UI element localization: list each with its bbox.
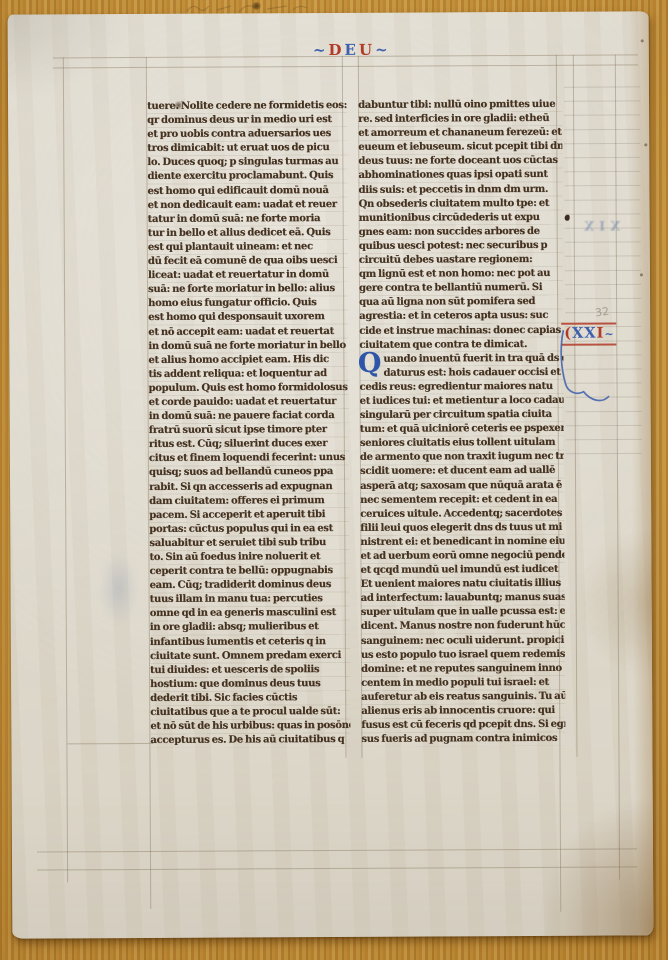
title-flourish-right: ~ bbox=[375, 41, 391, 59]
text-line: to. Sin aū foedus inire noluerit et bbox=[149, 550, 349, 565]
text-line: tur in bello et alius dedicet eā. Quis bbox=[148, 226, 348, 241]
text-line: uando inuentū fuerit in tra quā ds do bbox=[359, 351, 563, 366]
text-line: munitionibus circūdederis ut expu bbox=[359, 211, 563, 226]
ruling-line-horizontal bbox=[53, 64, 638, 68]
text-line: tuus illam in manu tua: percuties bbox=[150, 592, 350, 607]
text-line: cide et instrue machinas: donec capias bbox=[359, 323, 563, 338]
text-line: ritus est. Cūq; siluerint duces exer bbox=[149, 437, 349, 452]
text-line: nistrent ei: et benedicant in nomine eiu… bbox=[360, 535, 564, 550]
text-line: et qcqd mundū uel imundū est iudicet bbox=[360, 563, 564, 578]
ink-speck bbox=[565, 215, 570, 221]
text-line: qua aū ligna non sūt pomifera sed bbox=[359, 295, 563, 310]
text-line: portas: cūctus populus qui in ea est bbox=[149, 522, 349, 537]
text-line: est homo qui desponsauit uxorem bbox=[148, 310, 348, 325]
text-line: gnes eam: non succides arbores de bbox=[359, 225, 563, 240]
text-line: sanguinem: nec oculi uiderunt. propici bbox=[361, 633, 565, 648]
text-line: scidit uomere: et ducent eam ad uallē bbox=[360, 464, 564, 479]
text-line: auferetur ab eis reatus sanguinis. Tu aū bbox=[361, 690, 565, 705]
text-line: diente exercitu proclamabunt. Quis bbox=[147, 169, 347, 184]
pencil-annotation: 32 bbox=[594, 305, 610, 320]
running-title: ~DEU~ bbox=[294, 41, 410, 66]
text-line: ceruices uitule. Accedentq; sacerdotes bbox=[360, 506, 564, 521]
text-line: ciuitatibus que a te procul ualde sūt: bbox=[150, 705, 350, 720]
text-line: eam. Cūq; tradiderit dominus deus bbox=[150, 578, 350, 593]
text-line: homo eius fungatur officio. Quis bbox=[148, 296, 348, 311]
text-line: dicent. Manus nostre non fuderunt hūc bbox=[361, 619, 565, 634]
text-line: ciuitatem que contra te dimicat. bbox=[359, 337, 563, 352]
drop-cap-initial: Q bbox=[356, 350, 382, 378]
text-line: sus fueris ad pugnam contra inimicos bbox=[361, 732, 565, 747]
text-line: gere contra te bellantiū numerū. Si bbox=[359, 281, 563, 296]
text-line: ceperit contra te bellū: oppugnabis bbox=[149, 564, 349, 579]
text-line: et non dedicauit eam: uadat et reuer bbox=[148, 198, 348, 213]
text-line: tui diuides: et uesceris de spoliis bbox=[150, 663, 350, 678]
text-line: est homo qui edificauit domū nouā bbox=[147, 183, 347, 198]
left-margin-showthrough-smudge bbox=[92, 540, 145, 638]
text-line: agrestia: et in ceteros apta usus: suc bbox=[359, 309, 563, 324]
text-line: tatur in domū suā: ne forte moria bbox=[148, 212, 348, 227]
text-line: et pro uobis contra aduersarios ues bbox=[147, 127, 347, 142]
text-line: in ore gladii: absq; mulieribus et bbox=[150, 620, 350, 635]
text-line: daturus est: hois cadauer occisi et igno… bbox=[359, 366, 563, 381]
edge-speck bbox=[640, 273, 643, 276]
text-line: qm lignū est et non homo: nec pot au bbox=[359, 267, 563, 282]
title-letter-d: D bbox=[328, 41, 344, 59]
blue-paraph-descender-icon bbox=[556, 328, 616, 414]
text-line: ciuitate sunt. Omnem predam exerci bbox=[150, 649, 350, 664]
ruling-line-horizontal bbox=[37, 848, 637, 852]
text-line: infantibus iumentis et ceteris q in bbox=[150, 634, 350, 649]
text-line: quisq; suos ad bellandū cuneos ppa bbox=[149, 465, 349, 480]
text-line: tros dimicabit: ut eruat uos de picu bbox=[147, 141, 347, 156]
text-line: est qui plantauit uineam: et nec bbox=[148, 240, 348, 255]
text-line: dabuntur tibi: nullū oino pmittes uiue bbox=[358, 98, 562, 113]
text-line: tum: et quā uiciniorē ceteris ee pspexer… bbox=[360, 422, 564, 437]
text-line: seniores ciuitatis eius tollent uitulam bbox=[360, 436, 564, 451]
text-line: singularū per circuitum spatia ciuita bbox=[360, 408, 564, 423]
ruling-line-horizontal bbox=[37, 866, 637, 870]
text-line: qr dominus deus ur in medio uri est bbox=[147, 113, 347, 128]
text-column-right: dabuntur tibi: nullū oino pmittes uiuere… bbox=[358, 98, 565, 747]
text-line: cedis reus: egredientur maiores natu bbox=[360, 380, 564, 395]
text-line: et nō accepit eam: uadat et reuertat bbox=[148, 324, 348, 339]
wood-knot bbox=[252, 2, 261, 10]
edge-speck bbox=[641, 39, 644, 42]
text-line: ad interfectum: lauabuntq; manus suas bbox=[361, 591, 565, 606]
text-line: et alius homo accipiet eam. His dic bbox=[148, 353, 348, 368]
text-line: diis suis: et peccetis in dnm dm urm. bbox=[358, 182, 562, 197]
text-line: Et uenient maiores natu ciuitatis illius bbox=[361, 577, 565, 592]
text-line: liceat: uadat et reuertatur in domū bbox=[148, 268, 348, 283]
text-line: nec sementem recepit: et cedent in ea bbox=[360, 492, 564, 507]
text-line: us esto populo tuo israel quem redemisti bbox=[361, 647, 565, 662]
text-line: in domū suā: ne pauere faciat corda bbox=[149, 409, 349, 424]
text-line: filii leui quos elegerit dns ds tuus ut … bbox=[360, 521, 564, 536]
text-line: re. sed interficies in ore gladii: etheū bbox=[358, 112, 562, 127]
ruling-line-horizontal bbox=[67, 743, 153, 744]
text-line: de armento que non traxit iugum nec trā bbox=[360, 450, 564, 465]
text-line: in domū suā ne forte moriatur in bello bbox=[148, 338, 348, 353]
text-line: centem in medio populi tui israel: et bbox=[361, 676, 565, 691]
text-line: lo. Duces quoq; p singulas turmas au bbox=[147, 155, 347, 170]
text-line: hostium: que dominus deus tuus bbox=[150, 677, 350, 692]
text-line: quibus uesci potest: nec securibus p bbox=[359, 239, 563, 254]
ruling-line-vertical bbox=[63, 57, 68, 882]
text-line: et iudices tui: et metientur a loco cada… bbox=[360, 394, 564, 409]
text-line: populum. Quis est homo formidolosus bbox=[149, 381, 349, 396]
edge-speck bbox=[644, 143, 647, 146]
text-line: fratrū suorū sicut ipse timore pter bbox=[149, 423, 349, 438]
text-line: et corde pauido: uadat et reuertatur bbox=[149, 395, 349, 410]
text-line: pacem. Si acceperit et aperuit tibi bbox=[149, 508, 349, 523]
text-line: omne qd in ea generis masculini est bbox=[150, 606, 350, 621]
text-line: suā: ne forte moriatur in bello: alius bbox=[148, 282, 348, 297]
text-line: et amorreum et chananeum ferezeū: et bbox=[358, 126, 562, 141]
text-line: eueum et iebuseum. sicut pcepit tibi dns bbox=[358, 140, 562, 155]
text-line: rabit. Si qn accesseris ad expugnan bbox=[149, 479, 349, 494]
ink-blot bbox=[174, 101, 183, 110]
text-line: tis addent reliqua: et loquentur ad bbox=[148, 367, 348, 382]
text-line: et nō sūt de his urbibus: quas in posōne bbox=[150, 719, 350, 734]
text-line: accepturus es. De his aū ciuitatibus q bbox=[150, 733, 350, 748]
text-line: citus et finem loquendi fecerint: unus bbox=[149, 451, 349, 466]
text-line: dam ciuitatem: offeres ei primum bbox=[149, 494, 349, 509]
text-line: abhominationes quas ipsi opati sunt bbox=[358, 168, 562, 183]
text-line: deus tuus: ne forte doceant uos cūctas bbox=[358, 154, 562, 169]
text-line: domine: et ne reputes sanguinem inno bbox=[361, 662, 565, 677]
text-line: asperā atq; saxosam que nūquā arata ē bbox=[360, 478, 564, 493]
text-line: dū fecit eā comunē de qua oibs uesci bbox=[148, 254, 348, 269]
text-line: fusus est cū feceris qd pcepit dns. Si e… bbox=[361, 718, 565, 733]
manuscript-leaf: ~DEU~ tuere. Nolite cedere ne formidetis… bbox=[8, 11, 654, 938]
title-flourish-left: ~ bbox=[313, 41, 329, 59]
title-letter-u: U bbox=[359, 41, 375, 59]
showthrough-chapter-numeral: XIX bbox=[567, 219, 633, 234]
text-line: saluabitur et seruiet tibi sub tribu bbox=[149, 536, 349, 551]
text-line: super uitulam que in ualle pcussa est: e… bbox=[361, 605, 565, 620]
title-letter-e: E bbox=[344, 41, 359, 59]
text-line: et ad uerbum eorū omne negociū pendeat bbox=[360, 549, 564, 564]
text-line: Qn obsederis ciuitatem multo tpe: et bbox=[359, 196, 563, 211]
text-line: dederit tibi. Sic facies cūctis bbox=[150, 691, 350, 706]
text-line: circuitū debes uastare regionem: bbox=[359, 253, 563, 268]
text-line: alienus eris ab innocentis cruore: qui bbox=[361, 704, 565, 719]
text-column-left: tuere. Nolite cedere ne formidetis eos:q… bbox=[147, 99, 350, 748]
